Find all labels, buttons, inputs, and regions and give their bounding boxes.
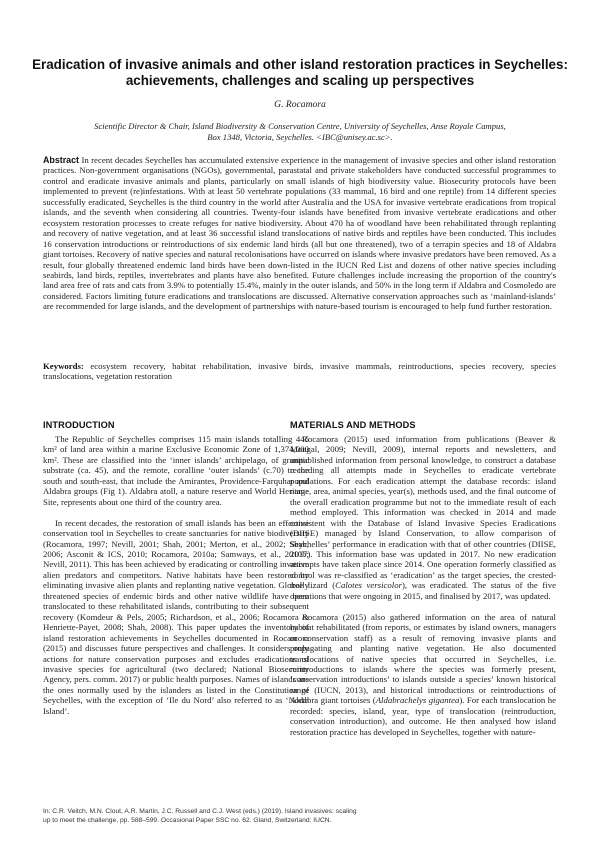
methods-p1-text-a: Rocamora (2015) used information from pu…	[290, 434, 556, 590]
citation-line-2: up to meet the challenge, pp. 588–599. O…	[43, 817, 443, 826]
species-name-calotes: Calotes versicolor	[335, 580, 402, 590]
affiliation-line-1: Scientific Director & Chair, Island Biod…	[30, 121, 570, 132]
paper-title: Eradication of invasive animals and othe…	[30, 57, 570, 88]
keywords-label: Keywords:	[43, 361, 84, 371]
methods-p2-text-a: Rocamora (2015) also gathered informatio…	[290, 612, 556, 706]
methods-heading: MATERIALS AND METHODS	[290, 420, 556, 430]
paper-page: Eradication of invasive animals and othe…	[0, 0, 600, 849]
abstract-text: In recent decades Seychelles has accumul…	[43, 155, 556, 311]
methods-section: MATERIALS AND METHODS Rocamora (2015) us…	[290, 420, 556, 748]
affiliation-line-2: Box 1348, Victoria, Seychelles. <IBC@uni…	[30, 132, 570, 143]
citation-footer: In: C.R. Veitch, M.N. Clout, A.R. Martin…	[43, 808, 443, 825]
introduction-paragraph-2: In recent decades, the restoration of sm…	[43, 518, 309, 717]
abstract-label: Abstract	[43, 155, 79, 165]
introduction-section: INTRODUCTION The Republic of Seychelles …	[43, 420, 309, 727]
keywords-text: ecosystem recovery, habitat rehabilitati…	[43, 361, 556, 381]
species-name-aldabrachelys: Aldabrachelys gigantea	[376, 695, 460, 705]
author-affiliation: Scientific Director & Chair, Island Biod…	[30, 121, 570, 143]
introduction-paragraph-1: The Republic of Seychelles comprises 115…	[43, 434, 309, 507]
introduction-heading: INTRODUCTION	[43, 420, 309, 430]
methods-paragraph-1: Rocamora (2015) used information from pu…	[290, 434, 556, 601]
abstract: Abstract In recent decades Seychelles ha…	[43, 155, 556, 312]
author-name: G. Rocamora	[0, 99, 600, 110]
citation-line-1: In: C.R. Veitch, M.N. Clout, A.R. Martin…	[43, 808, 443, 817]
keywords: Keywords: ecosystem recovery, habitat re…	[43, 361, 556, 382]
methods-paragraph-2: Rocamora (2015) also gathered informatio…	[290, 612, 556, 737]
